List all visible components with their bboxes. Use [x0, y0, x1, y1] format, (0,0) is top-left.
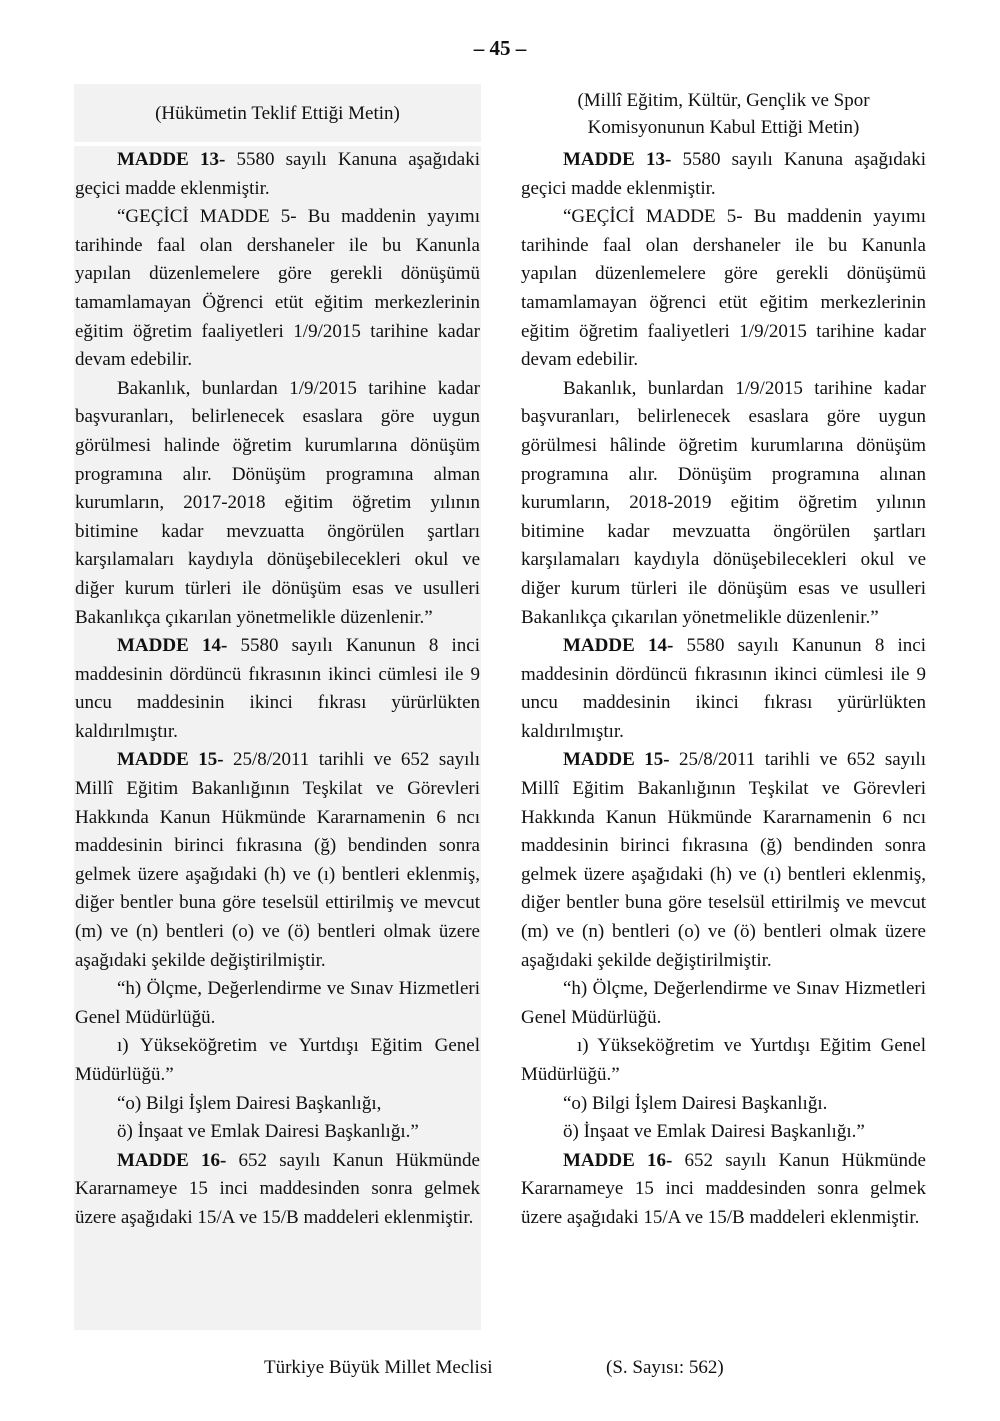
page-number: – 45 – — [0, 34, 1000, 62]
column-heading-commission: (Millî Eğitim, Kültür, Gençlik ve Spor K… — [520, 86, 927, 142]
column-heading-text: (Hükümetin Teklif Ettiği Metin) — [155, 100, 400, 127]
footer-institution: Türkiye Büyük Millet Meclisi — [264, 1354, 493, 1382]
page-footer: Türkiye Büyük Millet Meclisi (S. Sayısı:… — [0, 1354, 1000, 1384]
article-paragraph: MADDE 15- 25/8/2011 tarihli ve 652 sayıl… — [521, 746, 926, 975]
article-number: MADDE 13- — [117, 149, 225, 170]
article-number: MADDE 15- — [117, 749, 224, 770]
article-paragraph: “h) Ölçme, Değerlendirme ve Sınav Hizmet… — [521, 975, 926, 1032]
article-paragraph: “h) Ölçme, Değerlendirme ve Sınav Hizmet… — [75, 975, 480, 1032]
article-number: MADDE 16- — [563, 1150, 672, 1171]
article-paragraph: MADDE 13- 5580 sayılı Kanuna aşağıdaki g… — [521, 146, 926, 203]
article-paragraph: “GEÇİCİ MADDE 5- Bu maddenin yayımı tari… — [75, 203, 480, 375]
government-proposal-body: MADDE 13- 5580 sayılı Kanuna aşağıdaki g… — [74, 146, 481, 1330]
article-paragraph: “GEÇİCİ MADDE 5- Bu maddenin yayımı tari… — [521, 203, 926, 375]
article-paragraph: MADDE 16- 652 sayılı Kanun Hükmünde Kara… — [521, 1147, 926, 1233]
article-paragraph: “o) Bilgi İşlem Dairesi Başkanlığı. — [521, 1090, 926, 1119]
article-number: MADDE 16- — [117, 1150, 226, 1171]
column-heading-government: (Hükümetin Teklif Ettiği Metin) — [74, 84, 481, 142]
article-paragraph: Bakanlık, bunlardan 1/9/2015 tarihine ka… — [75, 375, 480, 632]
article-paragraph: MADDE 14- 5580 sayılı Kanunun 8 inci mad… — [521, 632, 926, 746]
footer-issue-number: (S. Sayısı: 562) — [606, 1354, 724, 1382]
article-paragraph: MADDE 13- 5580 sayılı Kanuna aşağıdaki g… — [75, 146, 480, 203]
article-number: MADDE 14- — [563, 635, 673, 656]
article-paragraph: MADDE 16- 652 sayılı Kanun Hükmünde Kara… — [75, 1147, 480, 1233]
column-heading-line: Komisyonunun Kabul Ettiği Metin) — [577, 114, 869, 141]
article-paragraph: MADDE 14- 5580 sayılı Kanunun 8 inci mad… — [75, 632, 480, 746]
article-paragraph: ı) Yükseköğretim ve Yurtdışı Eğitim Gene… — [521, 1032, 926, 1089]
article-paragraph: ö) İnşaat ve Emlak Dairesi Başkanlığı.” — [75, 1118, 480, 1147]
article-paragraph: ö) İnşaat ve Emlak Dairesi Başkanlığı.” — [521, 1118, 926, 1147]
column-heading-line: (Millî Eğitim, Kültür, Gençlik ve Spor — [577, 87, 869, 114]
article-number: MADDE 13- — [563, 149, 671, 170]
article-paragraph: MADDE 15- 25/8/2011 tarihli ve 652 sayıl… — [75, 746, 480, 975]
article-paragraph: ı) Yükseköğretim ve Yurtdışı Eğitim Gene… — [75, 1032, 480, 1089]
article-paragraph: Bakanlık, bunlardan 1/9/2015 tarihine ka… — [521, 375, 926, 632]
commission-text-body: MADDE 13- 5580 sayılı Kanuna aşağıdaki g… — [520, 146, 927, 1330]
article-paragraph: “o) Bilgi İşlem Dairesi Başkanlığı, — [75, 1090, 480, 1119]
article-number: MADDE 14- — [117, 635, 227, 656]
article-number: MADDE 15- — [563, 749, 670, 770]
